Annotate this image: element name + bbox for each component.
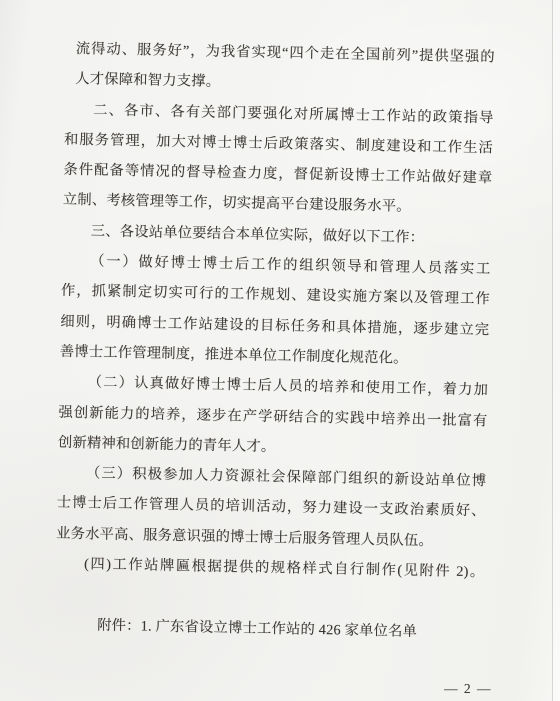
document-body: 流得动、服务好”，为我省实现“四个走在全国前列”提供坚强的 人才保障和智力支撑。…	[54, 34, 495, 648]
attachment-line: 附件：1. 广东省设立博士工作站的 426 家单位名单	[54, 609, 484, 648]
scanned-document-page: 流得动、服务好”，为我省实现“四个走在全国前列”提供坚强的 人才保障和智力支撑。…	[0, 0, 560, 701]
scan-edge-highlight	[553, 0, 560, 701]
page-number: — 2 —	[444, 681, 492, 696]
